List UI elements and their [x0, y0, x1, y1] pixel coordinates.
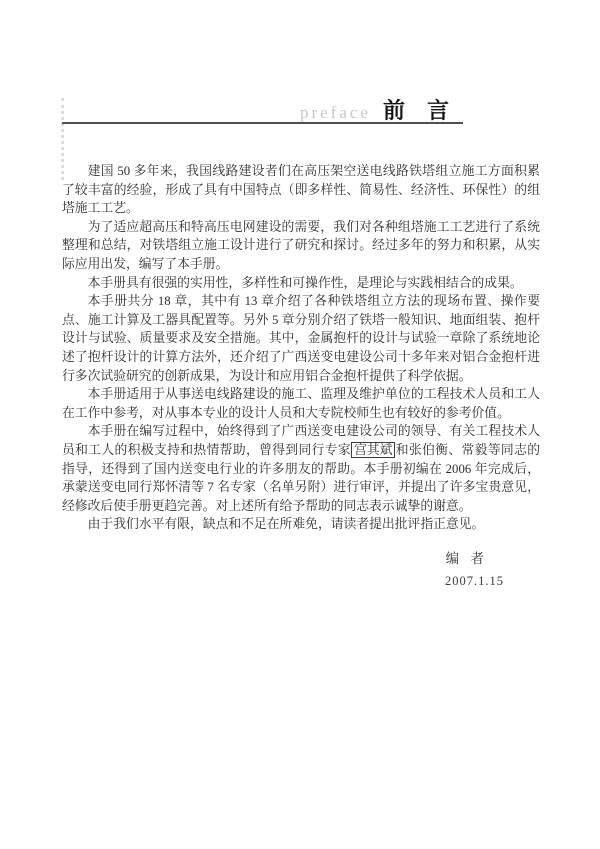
paragraph-text: 本手册适用于从事送电线路建设的施工、监理及维护单位的工程技术人员和工人在工作中参…: [62, 387, 540, 420]
paragraph: 由于我们水平有限，缺点和不足在所难免，请读者提出批评指正意见。: [62, 515, 540, 534]
boxed-expert-name: 宫其斌: [351, 442, 395, 458]
preface-page: preface 前 言 建国 50 多年来，我国线路建设者们在高压架空送电线路铁…: [0, 0, 600, 849]
paragraph: 本手册在编写过程中，始终得到了广西送变电建设公司的领导、有关工程技术人员和工人的…: [62, 422, 540, 515]
paragraph: 本手册适用于从事送电线路建设的施工、监理及维护单位的工程技术人员和工人在工作中参…: [62, 385, 540, 422]
paragraph-text: 本手册具有很强的实用性，多样性和可操作性，是理论与实践相结合的成果。: [88, 276, 523, 290]
paragraph-text: 建国 50 多年来，我国线路建设者们在高压架空送电线路铁塔组立施工方面积累了较丰…: [62, 164, 540, 215]
preface-body: 建国 50 多年来，我国线路建设者们在高压架空送电线路铁塔组立施工方面积累了较丰…: [62, 162, 540, 591]
page-title: 前 言: [383, 100, 449, 122]
preface-header: preface 前 言: [62, 96, 463, 124]
paragraph: 本手册共分 18 章，其中有 13 章介绍了各种铁塔组立方法的现场布置、操作要点…: [62, 292, 540, 385]
signature-date: 2007.1.15: [62, 572, 540, 591]
paragraph-text: 本手册共分 18 章，其中有 13 章介绍了各种铁塔组立方法的现场布置、操作要点…: [62, 294, 540, 382]
paragraph: 建国 50 多年来，我国线路建设者们在高压架空送电线路铁塔组立施工方面积累了较丰…: [62, 162, 540, 218]
signature-block: 编 者 2007.1.15: [62, 550, 540, 591]
author-signature: 编 者: [62, 550, 540, 569]
paragraph-text: 为了适应超高压和特高压电网建设的需要，我们对各种组塔施工工艺进行了系统整理和总结…: [62, 220, 540, 271]
paragraph: 为了适应超高压和特高压电网建设的需要，我们对各种组塔施工工艺进行了系统整理和总结…: [62, 218, 540, 274]
preface-watermark-label: preface: [300, 104, 371, 122]
paragraph-text: 由于我们水平有限，缺点和不足在所难免，请读者提出批评指正意见。: [88, 517, 485, 531]
paragraph: 本手册具有很强的实用性，多样性和可操作性，是理论与实践相结合的成果。: [62, 274, 540, 293]
